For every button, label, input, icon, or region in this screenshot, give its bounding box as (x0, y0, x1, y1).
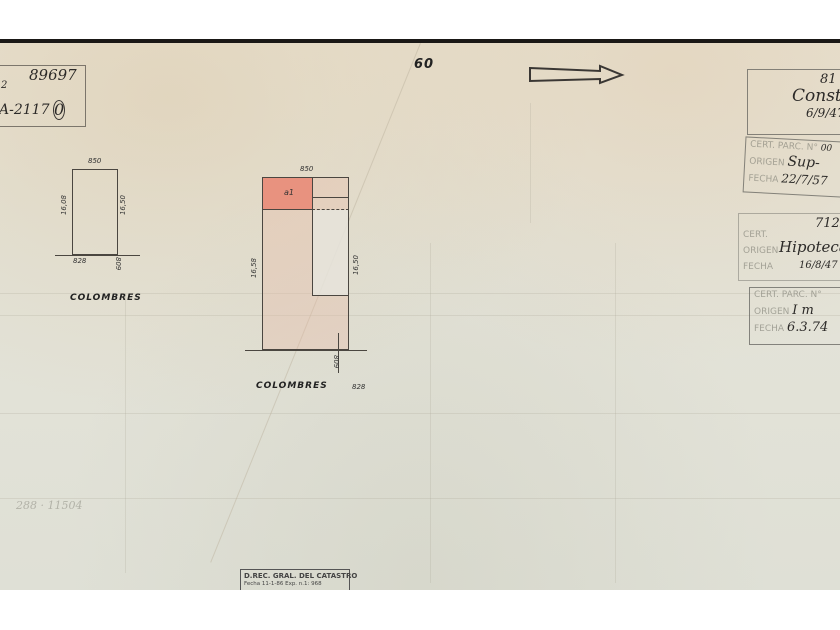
plot-small-top-dim: 850 (88, 157, 101, 165)
stamp-hand-mid: Constr (792, 86, 840, 106)
page-number: 60 (414, 57, 434, 72)
grid-line (615, 243, 616, 583)
grid-line (0, 413, 840, 414)
fecha-label: FECHA (743, 260, 773, 275)
plot-small-left-dim: 16,08 (60, 195, 68, 215)
inner-division (312, 295, 349, 296)
origen-value: I m (792, 303, 814, 318)
stamp-number: 89697 (29, 66, 77, 84)
cert-value: 00 (820, 143, 832, 154)
fecha-value: 22/7/57 (781, 171, 828, 187)
stamp-line3: A-2117 (0, 102, 49, 118)
catastro-title: D.REC. GRAL. DEL CATASTRO (241, 570, 349, 580)
grid-line (0, 498, 840, 499)
stamp-line2: 2 (1, 80, 7, 91)
street-value: 828 (352, 383, 365, 391)
origen-label: ORIGEN (754, 307, 789, 317)
plot-main-left-dim: 16,58 (250, 258, 258, 278)
stamp-hand-date: 6/9/47 (806, 106, 840, 120)
cert-label: CERT. PARC. N° (754, 290, 822, 300)
document-sheet: 60 89697 2 A-2117 0 850 16,08 16,50 828 … (0, 43, 840, 590)
fecha-label: FECHA (748, 174, 779, 186)
unbuilt-area (313, 210, 348, 295)
plot-small-right-dim: 16,50 (119, 195, 127, 215)
origen-value: Sup- (787, 154, 820, 172)
street-line (245, 350, 367, 351)
plot-small-outline (72, 169, 118, 255)
stamp-catastro: D.REC. GRAL. DEL CATASTRO Fecha 11-1-86 … (240, 569, 350, 590)
arrow-right-outline-icon (528, 63, 626, 85)
street-name-small: COLOMBRES (70, 293, 142, 303)
grid-line (0, 315, 840, 316)
plot-main-top-dim: 850 (300, 165, 313, 173)
parcel-label: a1 (284, 188, 294, 197)
stamp-cert-2: 7122 CERT. ORIGEN Hipoteca FECHA 16/8/47 (738, 213, 840, 281)
plot-main-right-dim: 16,50 (352, 255, 360, 275)
catastro-line2: Fecha 11-1-86 Exp. n.1: 968 (241, 580, 349, 588)
plot-small-below-dim: 809 (114, 257, 122, 270)
grid-line (125, 293, 126, 573)
plot-small-bottom-dim: 828 (73, 257, 86, 265)
faded-note: 288 · 11504 (16, 499, 82, 512)
stamp-hand-top: 81 (820, 72, 837, 87)
top-left-stamp: 89697 2 A-2117 0 (0, 65, 86, 127)
origen-label: ORIGEN (743, 244, 778, 259)
cert-value: 7122 (815, 216, 840, 231)
cert-label: CERT. PARC. N° (750, 140, 818, 154)
grid-line (530, 103, 531, 223)
origen-label: ORIGEN (749, 157, 785, 169)
fecha-value: 16/8/47 (799, 260, 838, 271)
street-name-main: COLOMBRES (256, 381, 328, 391)
plot-main-below-dim: 809 (332, 355, 340, 368)
cert-label: CERT. (743, 228, 768, 243)
stamp-construction: 81 Constr 6/9/47 (747, 69, 840, 135)
fecha-label: FECHA (754, 324, 784, 334)
stamp-cert-3: CERT. PARC. N° ORIGEN I m FECHA 6.3.74 (749, 287, 840, 345)
grid-line (430, 243, 431, 583)
inner-division (312, 197, 349, 198)
origen-value: Hipoteca (779, 238, 840, 256)
stamp-mark: 0 (53, 100, 65, 120)
fecha-value: 6.3.74 (787, 320, 828, 335)
street-line (55, 255, 140, 256)
stamp-cert-1: CERT. PARC. N° 00 ORIGEN Sup- FECHA 22/7… (743, 136, 840, 197)
